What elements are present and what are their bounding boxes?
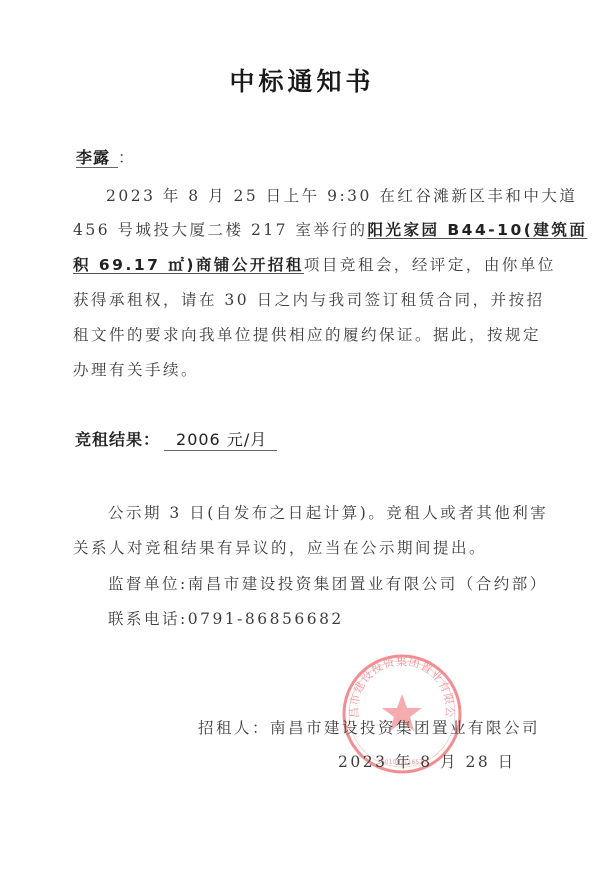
- addressee-colon: ：: [118, 148, 137, 167]
- bid-result-value: 2006 元/月: [164, 430, 277, 451]
- page-title: 中标通知书: [0, 62, 604, 98]
- project-name-part2: 积 69.17 ㎡)商铺公开招租: [73, 256, 304, 274]
- addressee: 李露：: [76, 148, 137, 168]
- body-line-2: 456 号城投大厦二楼 217 室举行的阳光家园 B44-10(建筑面: [73, 220, 587, 240]
- signature-date: 2023 年 8 月 28 日: [338, 750, 516, 772]
- bid-result-label: 竞租结果：: [75, 430, 160, 449]
- supervisor-unit: 监督单位:南昌市建设投资集团置业有限公司（合约部）: [108, 574, 548, 594]
- body-line-2-text: 456 号城投大厦二楼 217 室举行的: [73, 221, 367, 239]
- body-line-3-text: 项目竞租会，经评定，由你单位: [304, 256, 556, 274]
- body-line-5: 租文件的要求向我单位提供相应的履约保证。据此，按规定: [73, 325, 541, 345]
- body-line-4: 获得承租权，请在 30 日之内与我司签订租赁合同，并按招: [73, 290, 545, 310]
- body-line-6: 办理有关手续。: [73, 360, 199, 380]
- project-name-part1: 阳光家园 B44-10(建筑面: [367, 221, 587, 239]
- bid-result: 竞租结果：2006 元/月: [75, 430, 277, 451]
- body-line-1: 2023 年 8 月 25 日上午 9:30 在红谷滩新区丰和中大道: [106, 186, 577, 206]
- body-line-3: 积 69.17 ㎡)商铺公开招租项目竞租会，经评定，由你单位: [73, 255, 556, 275]
- lessor-signature: 招租人：南昌市建设投资集团置业有限公司: [198, 716, 540, 738]
- addressee-name: 李露: [76, 148, 118, 168]
- notice-line-2: 关系人对竞租结果有异议的，应当在公示期间提出。: [73, 538, 487, 558]
- notice-line-1: 公示期 3 日(自发布之日起计算)。竞租人或者其他利害: [108, 503, 548, 523]
- contact-phone: 联系电话:0791-86856682: [108, 609, 344, 629]
